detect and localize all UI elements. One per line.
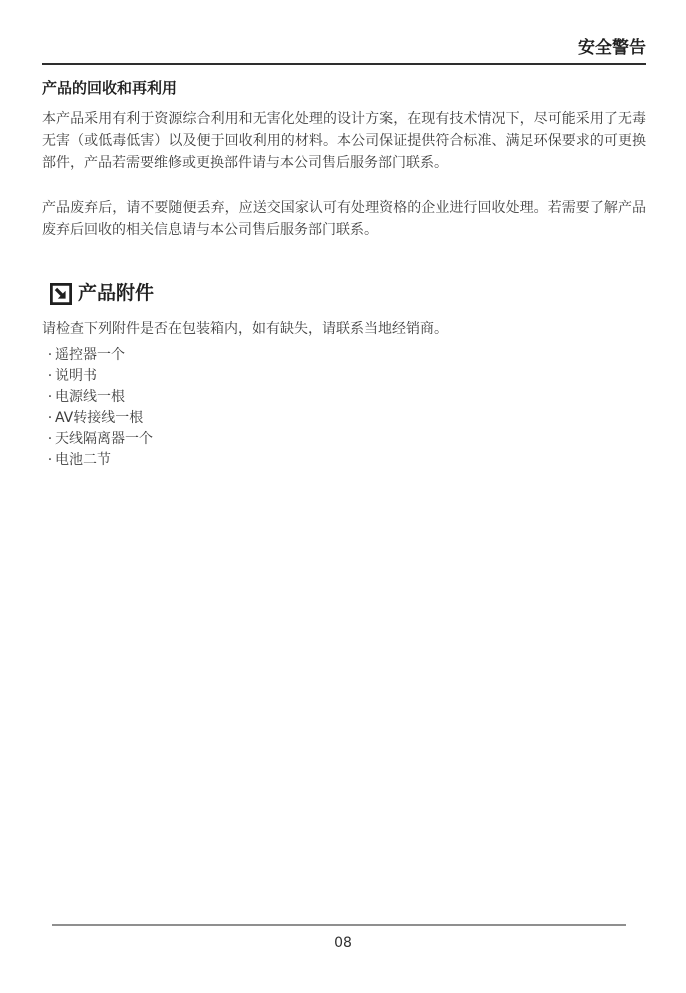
list-item: · 天线隔离器一个 [42, 429, 646, 450]
page-content: 安全警告 产品的回收和再利用 本产品采用有利于资源综合利用和无害化处理的设计方案… [0, 0, 686, 471]
list-item-label: AV转接线一根 [55, 408, 143, 429]
bullet-glyph: · [45, 408, 55, 429]
accessories-section-header: 产品附件 [50, 282, 646, 305]
list-item: · 遥控器一个 [42, 345, 646, 366]
bullet-glyph: · [45, 366, 55, 387]
bullet-glyph: · [45, 429, 55, 450]
bullet-glyph: · [45, 450, 55, 471]
boxed-arrow-se-icon [50, 283, 72, 305]
bullet-glyph: · [45, 345, 55, 366]
recycling-section-heading: 产品的回收和再利用 [42, 80, 646, 97]
page-header-title: 安全警告 [42, 38, 646, 58]
list-item-label: 电源线一根 [55, 387, 125, 408]
accessories-list: · 遥控器一个 · 说明书 · 电源线一根 · AV转接线一根 · 天线隔离器一… [42, 345, 646, 471]
list-item-label: 电池二节 [55, 450, 111, 471]
list-item: · 电池二节 [42, 450, 646, 471]
header-rule [42, 63, 646, 65]
list-item: · 电源线一根 [42, 387, 646, 408]
accessories-intro: 请检查下列附件是否在包装箱内，如有缺失，请联系当地经销商。 [42, 321, 646, 337]
list-item: · AV转接线一根 [42, 408, 646, 429]
list-item-label: 遥控器一个 [55, 345, 125, 366]
page-number: 08 [0, 935, 686, 951]
recycling-paragraph-1: 本产品采用有利于资源综合利用和无害化处理的设计方案，在现有技术情况下，尽可能采用… [42, 108, 646, 174]
list-item: · 说明书 [42, 366, 646, 387]
list-item-label: 天线隔离器一个 [55, 429, 153, 450]
manual-page: 安全警告 产品的回收和再利用 本产品采用有利于资源综合利用和无害化处理的设计方案… [0, 0, 686, 993]
recycling-paragraph-2: 产品废弃后，请不要随便丢弃，应送交国家认可有处理资格的企业进行回收处理。若需要了… [42, 197, 646, 241]
bullet-glyph: · [45, 387, 55, 408]
footer-rule [52, 924, 626, 926]
list-item-label: 说明书 [55, 366, 97, 387]
accessories-section-title: 产品附件 [78, 282, 154, 305]
